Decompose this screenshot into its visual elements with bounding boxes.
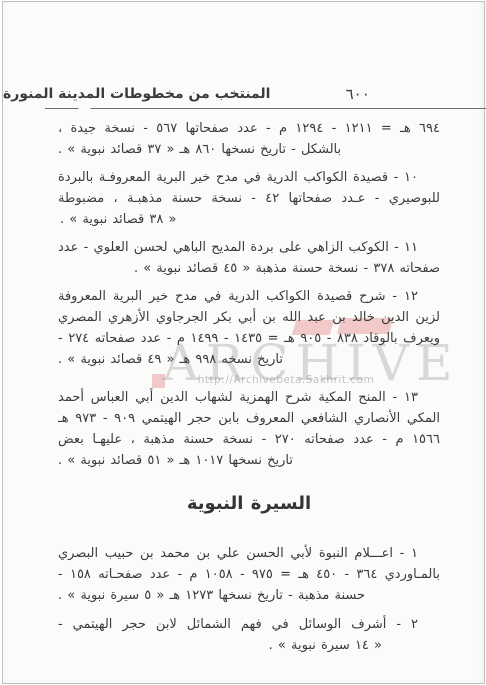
catalog-line: بالمـاوردي ٣٦٤ - ٤٥٠ هـ = ٩٧٥ - ١٠٥٨ م -…: [58, 564, 440, 585]
catalog-entry-line: ١٠ - قصيدة الكواكب الدرية في مدح خير الب…: [58, 167, 440, 188]
catalog-line: ١٥٦٦ م - عدد صفحاته ٢٧٠ - نسخة حسنة مذهب…: [58, 429, 440, 450]
catalog-line: تاريخ نسخه ٩٩٨ هـ « ٤٩ قصائد نبوية » .: [58, 349, 440, 370]
catalog-entry-line: ١٣ - المنح المكية شرح الهمزية لشهاب الدي…: [58, 387, 440, 408]
section-heading: السيرة النبوية: [58, 491, 440, 517]
header-rule: [45, 108, 486, 109]
catalog-line: لزين الدين خالد بن عبد الله بن أبي بكر ا…: [58, 307, 440, 328]
catalog-line: ويعرف بالوقاد ٨٣٨ - ٩٠٥ هـ = ١٤٣٥ - ١٤٩٩…: [58, 328, 440, 349]
catalog-line: بالشكل - تاريخ نسخها ٨٦٠ هـ « ٣٧ قصائد ن…: [58, 139, 440, 160]
watermark-url: http://Archivebeta.Sakhrit.com: [181, 373, 391, 387]
catalog-line: تاريخ نسخها ١٠١٧ هـ « ٥١ قصائد نبوية » .: [58, 450, 440, 471]
catalog-entry-line: ١ - اعـــلام النبوة لأبي الحسن علي بن مح…: [58, 543, 440, 564]
catalog-line: للبوصيري - عـدد صفحاتها ٤٢ - نسخة حسنة م…: [58, 188, 440, 209]
catalog-text-block: ٦٩٤ هـ = ١٢١١ - ١٢٩٤ م - عدد صفحاتها ٥٦٧…: [58, 118, 440, 656]
catalog-line: صفحاته ٣٧٨ - نسخة حسنة مذهبة « ٤٥ قصائد …: [58, 258, 440, 279]
catalog-entry-line: ١٢ - شرح قصيدة الكواكب الدرية في مدح خير…: [58, 286, 440, 307]
catalog-line: المكي الأنصاري الشافعي المعروف بابن حجر …: [58, 408, 440, 429]
catalog-line: حسنة مذهبة - تاريخ نسخها ١٢٧٣ هـ « ٥ سير…: [58, 585, 440, 606]
catalog-entry-line: ٢ - أشرف الوسائل في فهم الشمائل لابن حجر…: [58, 614, 440, 635]
scanned-book-page: ARCHIVE http://Archivebeta.Sakhrit.com ٦…: [2, 1, 485, 684]
catalog-line: ٦٩٤ هـ = ١٢١١ - ١٢٩٤ م - عدد صفحاتها ٥٦٧…: [58, 118, 440, 139]
page-number: ٦٠٠: [346, 85, 370, 103]
catalog-line: « ١٤ سيرة نبوية » .: [58, 635, 440, 656]
catalog-entry-line: ١١ - الكوكب الزاهي على بردة المديح الباه…: [58, 237, 440, 258]
running-title: المنتخب من مخطوطات المدينة المنورة: [3, 86, 270, 102]
page-header: ٦٠٠ المنتخب من مخطوطات المدينة المنورة: [3, 83, 484, 105]
catalog-line: « ٣٨ قصائد نبوية » .: [58, 209, 440, 230]
